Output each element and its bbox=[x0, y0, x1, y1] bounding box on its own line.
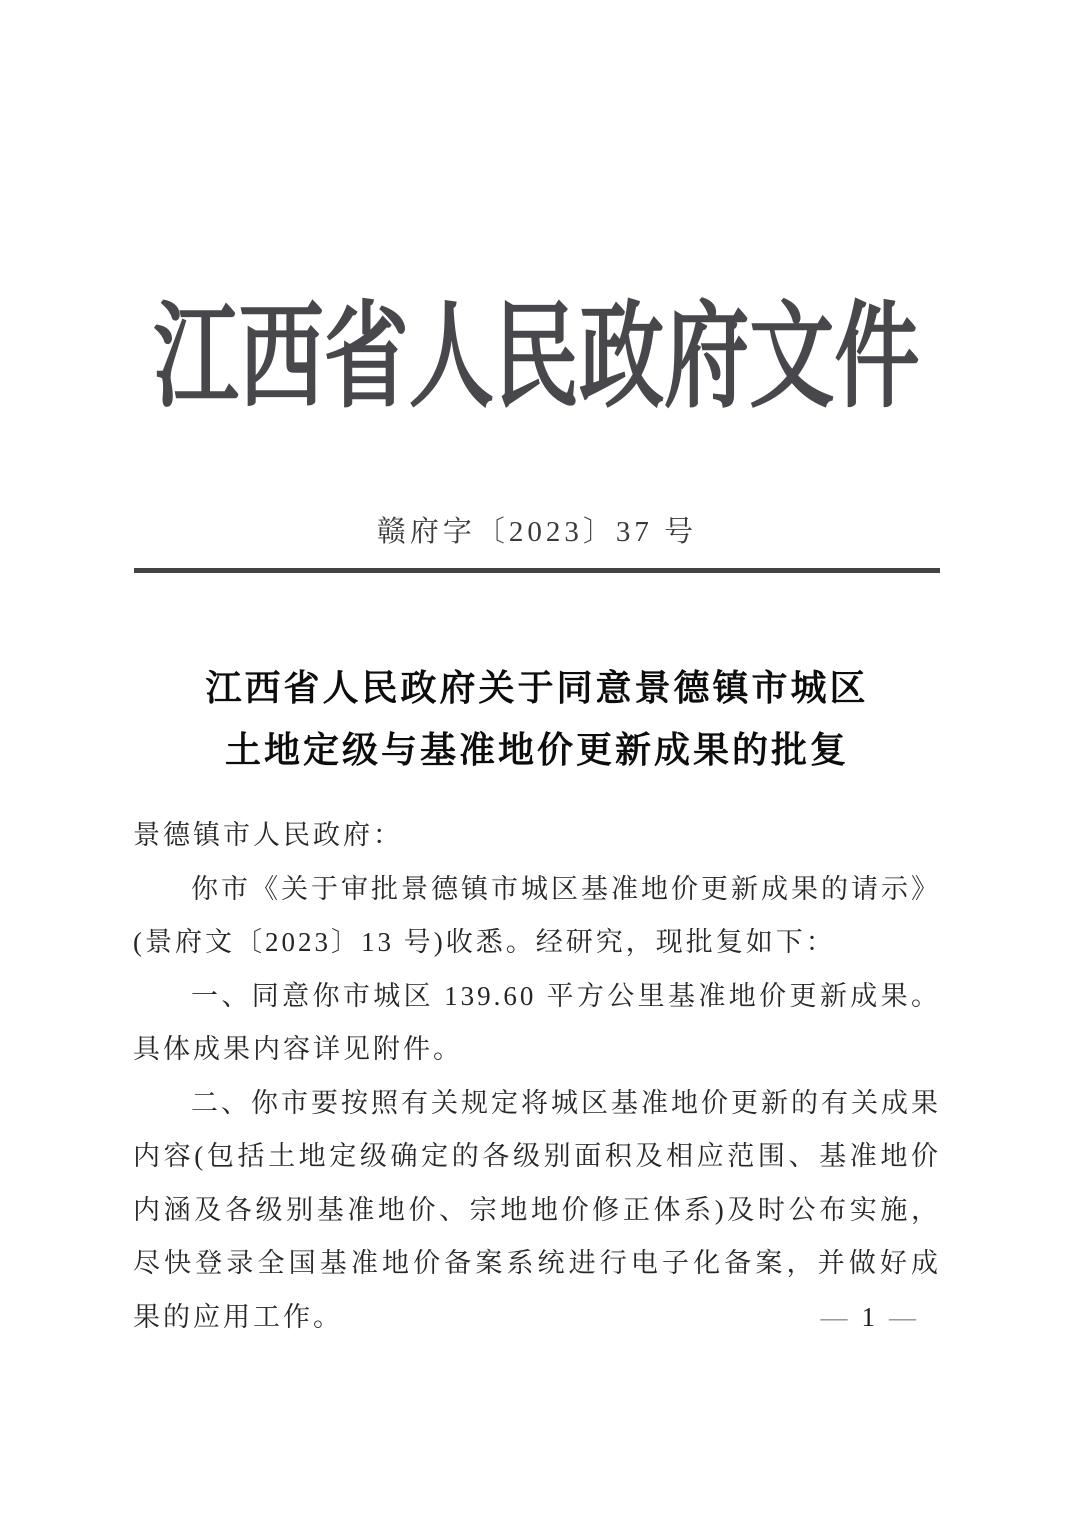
salutation: 景德镇市人民政府： bbox=[133, 809, 941, 863]
paragraph-2: 一、同意你市城区 139.60 平方公里基准地价更新成果。具体成果内容详见附件。 bbox=[133, 970, 941, 1077]
letterhead-title: 江西省人民政府文件 bbox=[154, 300, 920, 415]
page-number: 1 bbox=[862, 1302, 876, 1332]
document-body: 景德镇市人民政府： 你市《关于审批景德镇市城区基准地价更新成果的请示》(景府文〔… bbox=[133, 809, 941, 1344]
footer-dash-left: — bbox=[821, 1302, 848, 1332]
letterhead: 江西省人民政府文件 bbox=[0, 300, 1074, 415]
title-line-1: 江西省人民政府关于同意景德镇市城区 bbox=[134, 657, 940, 719]
paragraph-1: 你市《关于审批景德镇市城区基准地价更新成果的请示》(景府文〔2023〕13 号)… bbox=[133, 863, 941, 970]
doc-number: 赣府字〔2023〕37 号 bbox=[0, 512, 1074, 552]
header-rule bbox=[134, 568, 940, 573]
footer-dash-right: — bbox=[889, 1302, 916, 1332]
document-page: 江西省人民政府文件 赣府字〔2023〕37 号 江西省人民政府关于同意景德镇市城… bbox=[0, 0, 1074, 1519]
page-footer: —1— bbox=[821, 1302, 917, 1332]
document-title: 江西省人民政府关于同意景德镇市城区 土地定级与基准地价更新成果的批复 bbox=[134, 657, 940, 781]
title-line-2: 土地定级与基准地价更新成果的批复 bbox=[134, 719, 940, 781]
